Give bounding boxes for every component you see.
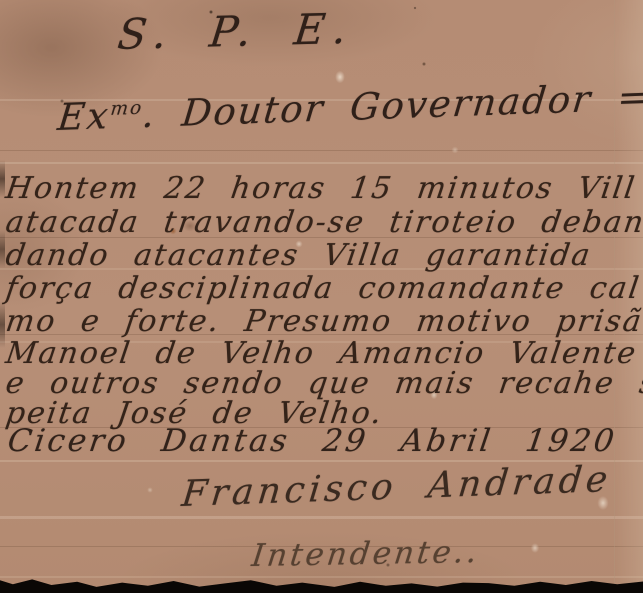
body-line: Hontem 22 horas 15 minutos Vill bbox=[4, 171, 639, 206]
body-line: dando atacantes Villa garantida bbox=[4, 238, 594, 273]
signature-title: Intendente.. bbox=[250, 534, 482, 574]
body-line: força desciplinada comandante cal bbox=[4, 271, 643, 306]
salutation-prefix: Ex bbox=[56, 94, 112, 139]
body-line: mo e forte. Presumo motivo prisã bbox=[4, 304, 643, 339]
dateline: Cicero Dantas 29 Abril 1920 bbox=[5, 423, 619, 459]
body-line: atacada travando-se tiroteio deban= bbox=[4, 205, 643, 240]
torn-edge-left bbox=[0, 160, 5, 395]
document-header: S. P. E. bbox=[115, 4, 357, 59]
salutation-superscript: mo bbox=[109, 98, 144, 120]
document-page: S. P. E. Exmo. Doutor Governador = Bahia… bbox=[0, 0, 643, 593]
